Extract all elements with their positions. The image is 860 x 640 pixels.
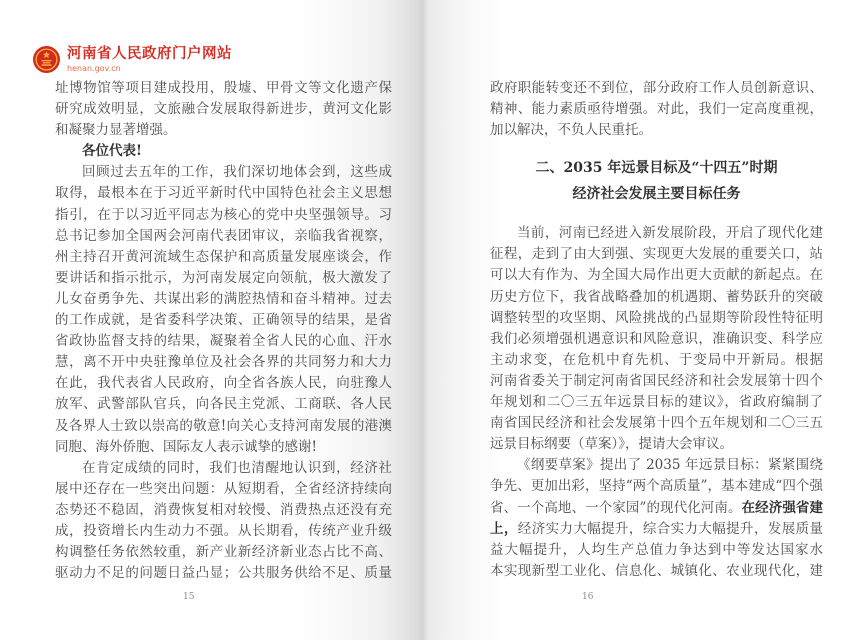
- text-line: 州主持召开黄河流域生态保护和高质量发展座谈会，作出重: [55, 247, 392, 268]
- text-line: 成，投资增长内生动力不强。从长期看，传统产业升级和结: [55, 521, 392, 542]
- text-line: 及各界人士致以崇高的敬意!向关心支持河南发展的港澳台: [55, 416, 392, 437]
- text-line: 址博物馆等项目建成投用，殷墟、甲骨文等文化遗产保护和: [55, 78, 392, 99]
- text-line: 驱动力不足的问题日益凸显；公共服务供给不足、质量不优。: [55, 563, 392, 584]
- site-title-block: 河南省人民政府门户网站 henan.gov.cn: [67, 46, 232, 73]
- text-line: 争先、更加出彩，坚持“两个高质量”，基本建成“四个强: [490, 476, 823, 497]
- section-heading-line: 经济社会发展主要目标任务: [490, 181, 823, 207]
- site-title: 河南省人民政府门户网站: [67, 46, 232, 62]
- text-line: 构调整任务依然较重，新产业新经济新业态占比不高、创新: [55, 542, 392, 563]
- national-emblem-icon: [33, 46, 60, 73]
- line-gap: [490, 207, 823, 223]
- text-line: 《纲要草案》提出了 2035 年远景目标：紧紧围绕奋勇: [490, 455, 823, 476]
- text-line: 远景目标纲要（草案）》，提请大会审议。: [490, 434, 823, 455]
- text-line: 研究成效明显，文旅融合发展取得新进步，黄河文化影响力: [55, 99, 392, 120]
- text-line: 同胞、海外侨胞、国际友人表示诚挚的感谢!: [55, 437, 392, 458]
- text-line: 征程，走到了由大到强、实现更大发展的重要关口，站上了: [490, 244, 823, 265]
- text-line: 加以解决，不负人民重托。: [490, 120, 823, 141]
- text-line: 放军、武警部队官兵，向各民主党派、工商联、各人民团体: [55, 394, 392, 415]
- text-line: 精神、能力素质亟待增强。对此，我们一定高度重视，认真: [490, 99, 823, 120]
- text-line: 南省国民经济和社会发展第十四个五年规划和二〇三五年: [490, 413, 823, 434]
- text-line: 指引，在于以习近平同志为核心的党中央坚强领导。习近平: [55, 205, 392, 226]
- text-line: 本实现新型工业化、信息化、城镇化、农业现代化，建成现: [490, 561, 823, 582]
- text-line: 上，经济实力大幅提升，综合实力大幅提升，发展质量和效: [490, 519, 823, 540]
- text-line: 各位代表!: [55, 141, 392, 162]
- text-line: 可以大有作为、为全国大局作出更大贡献的新起点。在这一: [490, 265, 823, 286]
- text-line: 政府职能转变还不到位，部分政府工作人员创新意识、担当: [490, 78, 823, 99]
- site-url: henan.gov.cn: [67, 64, 232, 73]
- text-line: 调整转型的攻坚期、风险挑战的凸显期等阶段性特征明显，: [490, 308, 823, 329]
- text-line: 要讲话和指示批示，为河南发展定向领航，极大激发了中原: [55, 268, 392, 289]
- section-heading-line: 二、2035 年远景目标及“十四五”时期: [490, 155, 823, 181]
- text-line: 我们必须增强机遇意识和风险意识，准确识变、科学应变、: [490, 329, 823, 350]
- text-line: 儿女奋勇争先、共谋出彩的满腔热情和奋斗精神。过去五年: [55, 289, 392, 310]
- text-line: 益大幅提升，人均生产总值力争达到中等发达国家水平，基: [490, 540, 823, 561]
- text-line: 慧，离不开中央驻豫单位及社会各界的共同努力和大力支持。: [55, 352, 392, 373]
- text-line: 态势还不稳固，消费恢复相对较慢、消费热点还没有充分形: [55, 500, 392, 521]
- site-logo-header[interactable]: 河南省人民政府门户网站 henan.gov.cn: [33, 46, 232, 73]
- text-line: 的工作成就，是省委科学决策、正确领导的结果，是省人大、: [55, 310, 392, 331]
- text-line: 省政协监督支持的结果，凝聚着全省人民的心血、汗水与智: [55, 331, 392, 352]
- text-line: 主动求变，在危机中育先机、于变局中开新局。根据《中共: [490, 350, 823, 371]
- text-line: 取得，最根本在于习近平新时代中国特色社会主义思想科学: [55, 183, 392, 204]
- text-line: 年规划和二〇三五年远景目标的建议》，省政府编制了《河: [490, 392, 823, 413]
- text-line: 总书记参加全国两会河南代表团审议，亲临我省视察，在郑: [55, 226, 392, 247]
- scanned-page-left: 址博物馆等项目建成投用，殷墟、甲骨文等文化遗产保护和研究成效明显，文旅融合发展取…: [55, 78, 392, 584]
- text-line: 和凝聚力显著增强。: [55, 120, 392, 141]
- text-line: 展中还存在一些突出问题：从短期看，全省经济持续向好的: [55, 479, 392, 500]
- text-line: 省、一个高地、一个家园”的现代化河南。在经济强省建设: [490, 498, 823, 519]
- text-line: 河南省委关于制定河南省国民经济和社会发展第十四个五: [490, 371, 823, 392]
- text-line: 在肯定成绩的同时，我们也清醒地认识到，经济社会发: [55, 458, 392, 479]
- line-gap: [490, 141, 823, 155]
- page-number-left: 15: [183, 592, 194, 602]
- text-line: 当前，河南已经进入新发展阶段，开启了现代化建设新: [490, 223, 823, 244]
- document-scan-viewer: 河南省人民政府门户网站 henan.gov.cn 址博物馆等项目建成投用，殷墟、…: [0, 0, 860, 640]
- scanned-page-right: 政府职能转变还不到位，部分政府工作人员创新意识、担当精神、能力素质亟待增强。对此…: [490, 78, 823, 582]
- text-line: 在此，我代表省人民政府，向全省各族人民，向驻豫人民解: [55, 373, 392, 394]
- text-line: 回顾过去五年的工作，我们深切地体会到，这些成绩的: [55, 162, 392, 183]
- text-line: 历史方位下，我省战略叠加的机遇期、蓄势跃升的突破期、: [490, 287, 823, 308]
- page-number-right: 16: [582, 592, 593, 602]
